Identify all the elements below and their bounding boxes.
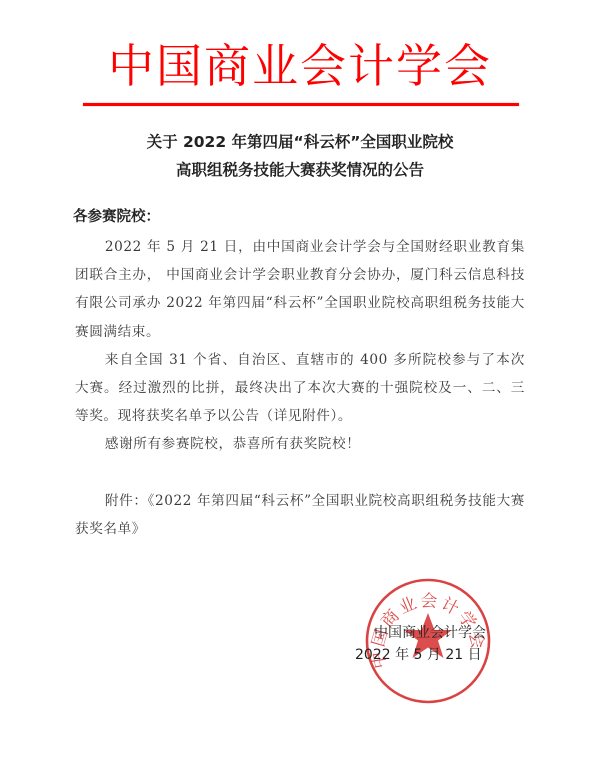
document-title: 关于 2022 年第四届“科云杯”全国职业院校 高职组税务技能大赛获奖情况的公告 <box>0 128 600 184</box>
title-line-2: 高职组税务技能大赛获奖情况的公告 <box>0 156 600 184</box>
signature-date: 2022 年 5 月 21 日 <box>355 644 495 666</box>
paragraph-thanks: 感谢所有参赛院校，恭喜所有获奖院校！ <box>75 430 525 458</box>
document-page: 中国商业会计学会 关于 2022 年第四届“科云杯”全国职业院校 高职组税务技能… <box>0 0 600 758</box>
signature-organization: 中国商业会计学会 <box>355 622 495 644</box>
letterhead-title: 中国商业会计学会 <box>0 36 600 96</box>
paragraph-event-summary: 2022 年 5 月 21 日，由中国商业会计学会与全国财经职业教育集团联合主办… <box>75 233 525 346</box>
announcement-body: 2022 年 5 月 21 日，由中国商业会计学会与全国财经职业教育集团联合主办… <box>75 233 525 543</box>
paragraph-participants: 来自全国 31 个省、自治区、直辖市的 400 多所院校参与了本次大赛。经过激烈… <box>75 346 525 431</box>
signature-block: 中国商业会计学会 2022 年 5 月 21 日 <box>355 622 495 666</box>
title-line-1: 关于 2022 年第四届“科云杯”全国职业院校 <box>0 128 600 156</box>
paragraph-spacer <box>75 459 525 487</box>
paragraph-attachment: 附件：《2022 年第四届“科云杯”全国职业院校高职组税务技能大赛获奖名单》 <box>75 487 525 543</box>
salutation: 各参赛院校： <box>73 205 160 229</box>
letterhead-divider <box>83 103 519 106</box>
